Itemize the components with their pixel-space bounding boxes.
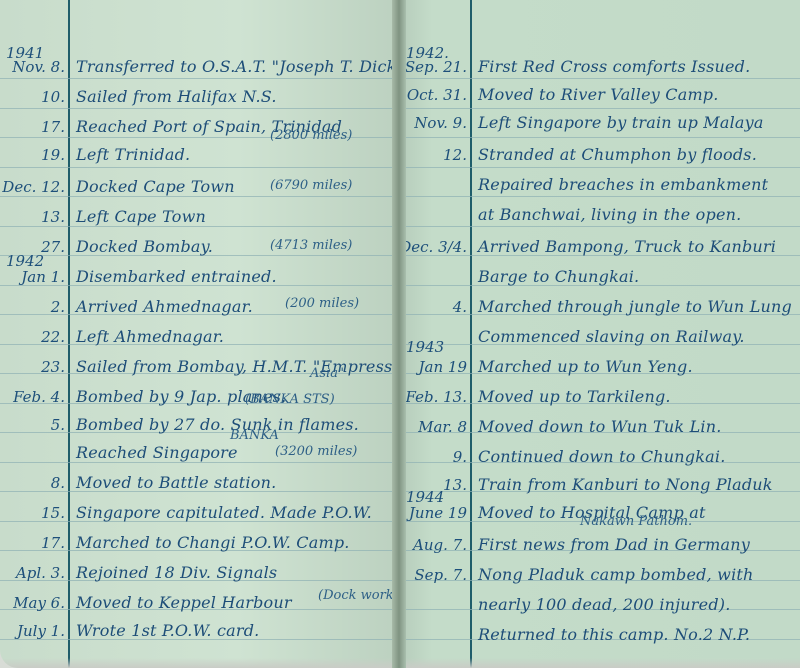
- margin-note: (2800 miles): [270, 128, 352, 143]
- entry-text: Sailed from Bombay, H.M.T. "Empress of: [76, 357, 398, 376]
- diary-entry: Jan 1.Disembarked entrained.: [0, 262, 398, 290]
- entry-date: Aug. 7.: [413, 536, 467, 554]
- diary-entry: 15.Singapore capitulated. Made P.O.W.: [0, 498, 398, 526]
- diary-entry: Commenced slaving on Railway.: [400, 322, 800, 350]
- entry-text: Docked Bombay.: [76, 237, 213, 256]
- entry-date: Jan 1.: [21, 268, 65, 286]
- entry-text: Left Cape Town: [76, 207, 206, 226]
- entry-text: Nong Pladuk camp bombed, with: [478, 565, 754, 584]
- entry-date: Dec. 12.: [2, 178, 65, 196]
- page-edge-shadow: [0, 658, 398, 668]
- entry-text: Barge to Chungkai.: [478, 267, 639, 286]
- entry-date: Mar. 8: [418, 418, 467, 436]
- entry-text: Marched up to Wun Yeng.: [478, 357, 693, 376]
- diary-entry: 19.Left Trinidad.: [0, 140, 398, 168]
- diary-entry: 5.Bombed by 27 do. Sunk in flames.: [0, 410, 398, 438]
- entry-text: Marched through jungle to Wun Lung: [478, 297, 792, 316]
- diary-entry: Returned to this camp. No.2 N.P.: [400, 620, 800, 648]
- entry-text: Wrote 1st P.O.W. card.: [76, 621, 259, 640]
- entry-text: Sailed from Halifax N.S.: [76, 87, 277, 106]
- entry-text: First news from Dad in Germany: [478, 535, 750, 554]
- entry-text: Moved up to Tarkileng.: [478, 387, 671, 406]
- entry-date: Sep. 7.: [414, 566, 467, 584]
- entry-date: Apl. 3.: [16, 564, 65, 582]
- diary-entry: 8.Moved to Battle station.: [0, 468, 398, 496]
- diary-entry: Feb. 13.Moved up to Tarkileng.: [400, 382, 800, 410]
- entry-date: June 19: [409, 504, 467, 522]
- diary-entry: Sep. 7.Nong Pladuk camp bombed, with: [400, 560, 800, 588]
- entry-text: Marched to Changi P.O.W. Camp.: [76, 533, 350, 552]
- entry-date: 15.: [41, 504, 65, 522]
- entry-date: Sep. 21.: [405, 58, 467, 76]
- entry-text: Stranded at Chumphon by floods.: [478, 145, 757, 164]
- diary-entry: Apl. 3.Rejoined 18 Div. Signals: [0, 558, 398, 586]
- entry-text: First Red Cross comforts Issued.: [478, 57, 750, 76]
- margin-note: (200 miles): [285, 296, 359, 311]
- diary-entry: 10.Sailed from Halifax N.S.: [0, 82, 398, 110]
- ruled-line: [400, 137, 800, 138]
- entry-date: Jan 19: [419, 358, 467, 376]
- margin-note: (6790 miles): [270, 178, 352, 193]
- entry-text: Moved to River Valley Camp.: [478, 85, 719, 104]
- entry-text: Returned to this camp. No.2 N.P.: [478, 625, 750, 644]
- diary-entry: Feb. 4.Bombed by 9 Jap. planes.: [0, 382, 398, 410]
- margin-note: (Dock work): [318, 588, 398, 603]
- entry-text: Left Singapore by train up Malaya: [478, 113, 764, 132]
- entry-date: Feb. 4.: [13, 388, 65, 406]
- diary-entry: Aug. 7.First news from Dad in Germany: [400, 530, 800, 558]
- entry-date: Oct. 31.: [407, 86, 467, 104]
- entry-date: 8.: [51, 474, 65, 492]
- diary-entry: 13.Train from Kanburi to Nong Pladuk: [400, 470, 800, 498]
- entry-date: 4.: [453, 298, 467, 316]
- entry-date: 13.: [41, 208, 65, 226]
- entry-date: May 6.: [13, 594, 65, 612]
- entry-date: 23.: [41, 358, 65, 376]
- page-edge-shadow: [400, 658, 800, 668]
- entry-text: Train from Kanburi to Nong Pladuk: [478, 475, 773, 494]
- entry-text: nearly 100 dead, 200 injured).: [478, 595, 731, 614]
- margin-note: Nakawn Pathom.: [580, 514, 692, 529]
- book-binding-gutter: [392, 0, 406, 668]
- entry-date: Dec. 3/4.: [400, 238, 467, 256]
- entry-text: Docked Cape Town: [76, 177, 235, 196]
- entry-text: Left Trinidad.: [76, 145, 190, 164]
- entry-date: Nov. 8.: [12, 58, 65, 76]
- diary-entry: Oct. 31.Moved to River Valley Camp.: [400, 80, 800, 108]
- diary-entry: Repaired breaches in embankment: [400, 170, 800, 198]
- left-page: 19411942Nov. 8.Transferred to O.S.A.T. "…: [0, 0, 398, 668]
- entry-text: Arrived Bampong, Truck to Kanburi: [478, 237, 776, 256]
- margin-note: (BANKA STS): [245, 392, 335, 407]
- margin-note: (3200 miles): [275, 444, 357, 459]
- entry-text: at Banchwai, living in the open.: [478, 205, 741, 224]
- diary-entry: 9.Continued down to Chungkai.: [400, 442, 800, 470]
- entry-text: Transferred to O.S.A.T. "Joseph T. Dicks…: [76, 57, 398, 76]
- diary-entry: nearly 100 dead, 200 injured).: [400, 590, 800, 618]
- diary-entry: Sep. 21.First Red Cross comforts Issued.: [400, 52, 800, 80]
- diary-entry: 22.Left Ahmednagar.: [0, 322, 398, 350]
- entry-date: 22.: [41, 328, 65, 346]
- diary-entry: Dec. 3/4.Arrived Bampong, Truck to Kanbu…: [400, 232, 800, 260]
- diary-entry: Barge to Chungkai.: [400, 262, 800, 290]
- entry-date: 17.: [41, 118, 65, 136]
- diary-entry: Mar. 8Moved down to Wun Tuk Lin.: [400, 412, 800, 440]
- entry-date: 12.: [443, 146, 467, 164]
- entry-text: Bombed by 27 do. Sunk in flames.: [76, 415, 359, 434]
- entry-text: Moved to Keppel Harbour: [76, 593, 292, 612]
- margin-note: BANKA: [230, 428, 279, 443]
- entry-text: Disembarked entrained.: [76, 267, 277, 286]
- entry-date: 19.: [41, 146, 65, 164]
- entry-date: Feb. 13.: [406, 388, 467, 406]
- entry-date: 13.: [443, 476, 467, 494]
- entry-date: 9.: [453, 448, 467, 466]
- entry-date: 17.: [41, 534, 65, 552]
- diary-entry: 12.Stranded at Chumphon by floods.: [400, 140, 800, 168]
- entry-date: 2.: [51, 298, 65, 316]
- entry-date: 5.: [51, 416, 65, 434]
- entry-text: Moved down to Wun Tuk Lin.: [478, 417, 722, 436]
- entry-text: Reached Singapore: [76, 443, 238, 462]
- diary-entry: at Banchwai, living in the open.: [400, 200, 800, 228]
- diary-entry: Nov. 9.Left Singapore by train up Malaya: [400, 108, 800, 136]
- right-page: 1942.19431944Sep. 21.First Red Cross com…: [400, 0, 800, 668]
- diary-entry: 17.Marched to Changi P.O.W. Camp.: [0, 528, 398, 556]
- diary-entry: 4.Marched through jungle to Wun Lung: [400, 292, 800, 320]
- entry-text: Continued down to Chungkai.: [478, 447, 725, 466]
- diary-entry: 13.Left Cape Town: [0, 202, 398, 230]
- entry-text: Singapore capitulated. Made P.O.W.: [76, 503, 372, 522]
- entry-date: 10.: [41, 88, 65, 106]
- entry-date: July 1.: [17, 622, 65, 640]
- entry-text: Repaired breaches in embankment: [478, 175, 768, 194]
- margin-note: (4713 miles): [270, 238, 352, 253]
- entry-date: Nov. 9.: [414, 114, 467, 132]
- entry-text: Commenced slaving on Railway.: [478, 327, 745, 346]
- entry-text: Arrived Ahmednagar.: [76, 297, 253, 316]
- diary-entry: Jan 19Marched up to Wun Yeng.: [400, 352, 800, 380]
- diary-entry: Nov. 8.Transferred to O.S.A.T. "Joseph T…: [0, 52, 398, 80]
- margin-note: Asia": [310, 366, 344, 381]
- entry-text: Left Ahmednagar.: [76, 327, 224, 346]
- entry-date: 27.: [41, 238, 65, 256]
- diary-entry: July 1.Wrote 1st P.O.W. card.: [0, 616, 398, 644]
- entry-text: Rejoined 18 Div. Signals: [76, 563, 277, 582]
- entry-text: Moved to Battle station.: [76, 473, 276, 492]
